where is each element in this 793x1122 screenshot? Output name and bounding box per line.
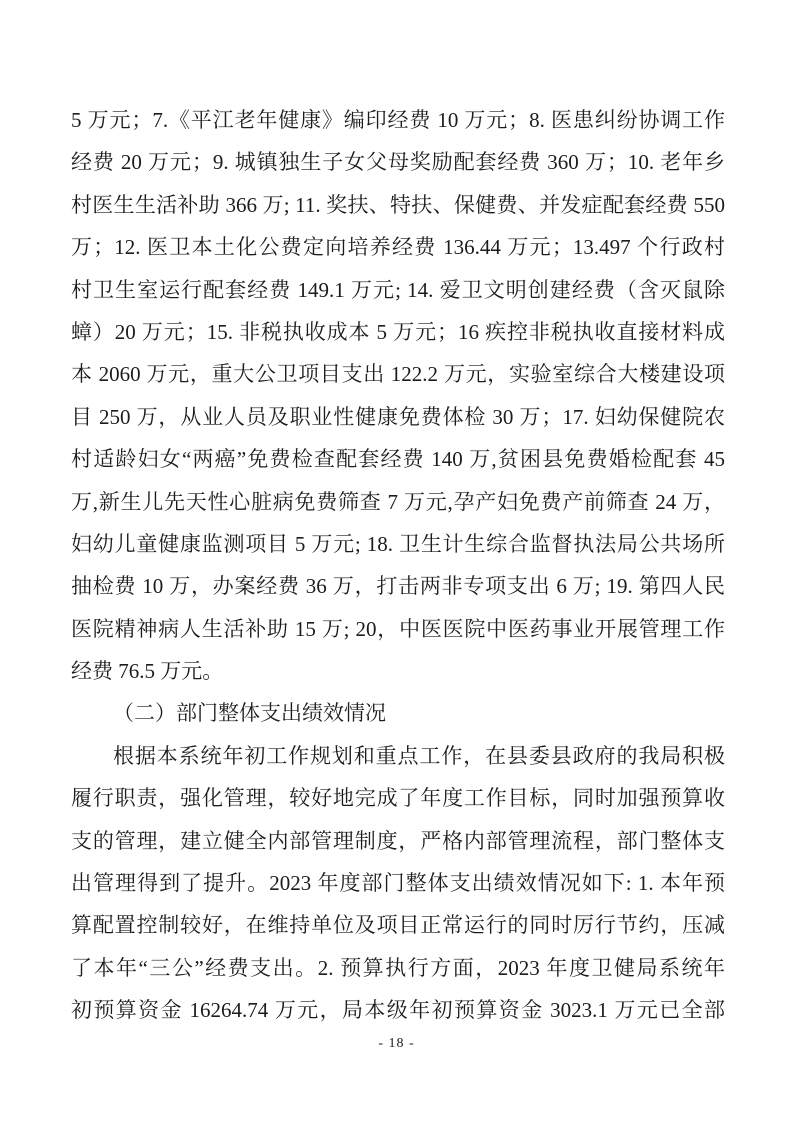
text-line: 本 2060 万元，重大公卫项目支出 122.2 万元，实验室综合大楼建设项: [71, 353, 725, 395]
text-line: 初预算资金 16264.74 万元，局本级年初预算资金 3023.1 万元已全部: [71, 989, 725, 1031]
text-line: 履行职责，强化管理，较好地完成了年度工作目标，同时加强预算收: [71, 777, 725, 819]
text-line: 支的管理，建立健全内部管理制度，严格内部管理流程，部门整体支: [71, 820, 725, 862]
text-line: 万；12. 医卫本土化公费定向培养经费 136.44 万元；13.497 个行政…: [71, 226, 725, 268]
text-line: 万,新生儿先天性心脏病免费筛查 7 万元,孕产妇免费产前筛查 24 万，: [71, 481, 725, 523]
text-line: 经费 20 万元；9. 城镇独生子女父母奖励配套经费 360 万；10. 老年乡: [71, 141, 725, 183]
paragraph-end-line: 经费 76.5 万元。: [71, 650, 725, 692]
text-line: 5 万元；7.《平江老年健康》编印经费 10 万元；8. 医患纠纷协调工作: [71, 99, 725, 141]
paragraph-first-line: 根据本系统年初工作规划和重点工作，在县委县政府的我局积极: [71, 735, 725, 777]
page-number: - 18 -: [0, 1034, 793, 1054]
text-line: 算配置控制较好，在维持单位及项目正常运行的同时厉行节约，压减: [71, 904, 725, 946]
text-line: 村卫生室运行配套经费 149.1 万元; 14. 爱卫文明创建经费（含灭鼠除: [71, 269, 725, 311]
document-body: 5 万元；7.《平江老年健康》编印经费 10 万元；8. 医患纠纷协调工作 经费…: [71, 99, 725, 1032]
text-line: 目 250 万，从业人员及职业性健康免费体检 30 万；17. 妇幼保健院农: [71, 396, 725, 438]
text-line: 出管理得到了提升。2023 年度部门整体支出绩效情况如下: 1. 本年预: [71, 862, 725, 904]
text-line: 抽检费 10 万，办案经费 36 万，打击两非专项支出 6 万; 19. 第四人…: [71, 565, 725, 607]
text-line: 了本年“三公”经费支出。2. 预算执行方面，2023 年度卫健局系统年: [71, 947, 725, 989]
text-line: 村适龄妇女“两癌”免费检查配套经费 140 万,贫困县免费婚检配套 45: [71, 438, 725, 480]
section-heading: （二）部门整体支出绩效情况: [71, 692, 725, 734]
text-line: 蟑）20 万元；15. 非税执收成本 5 万元；16 疾控非税执收直接材料成: [71, 311, 725, 353]
text-line: 妇幼儿童健康监测项目 5 万元; 18. 卫生计生综合监督执法局公共场所: [71, 523, 725, 565]
text-line: 村医生生活补助 366 万; 11. 奖扶、特扶、保健费、并发症配套经费 550: [71, 184, 725, 226]
text-line: 医院精神病人生活补助 15 万; 20，中医医院中医药事业开展管理工作: [71, 608, 725, 650]
document-page: 5 万元；7.《平江老年健康》编印经费 10 万元；8. 医患纠纷协调工作 经费…: [0, 0, 793, 1122]
